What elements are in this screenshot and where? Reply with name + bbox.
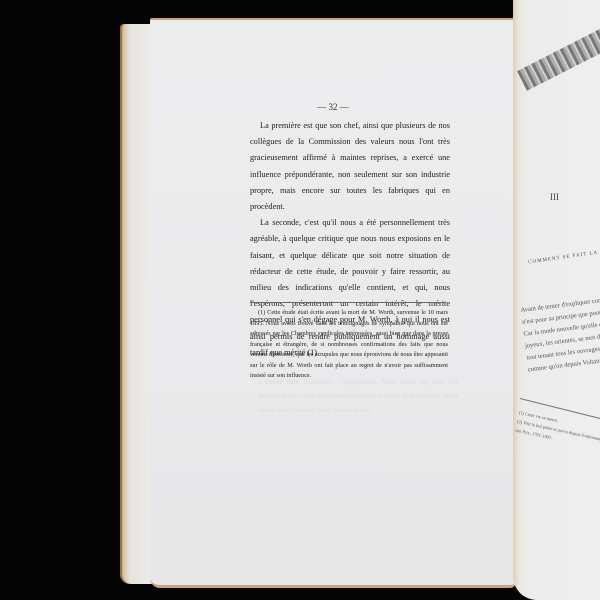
footnote: (1) Cette étude était écrite avant la mo… bbox=[250, 308, 448, 382]
footnote-rule bbox=[250, 302, 446, 303]
right-page-text: Avant de tenter d'expliquer comment se f… bbox=[520, 290, 600, 376]
page-number: — 32 — bbox=[150, 102, 516, 112]
book-photo: — 32 — La première est que son chef, ain… bbox=[0, 0, 600, 600]
left-page: — 32 — La première est que son chef, ain… bbox=[150, 18, 516, 588]
show-through-text: a trouvé dans l'industrie... l'Impératri… bbox=[258, 375, 458, 417]
footnote-text: (1) Cette étude était écrite avant la mo… bbox=[250, 308, 448, 382]
chapter-number: III bbox=[550, 192, 559, 202]
paragraph-1: La première est que son chef, ainsi que … bbox=[250, 118, 450, 215]
